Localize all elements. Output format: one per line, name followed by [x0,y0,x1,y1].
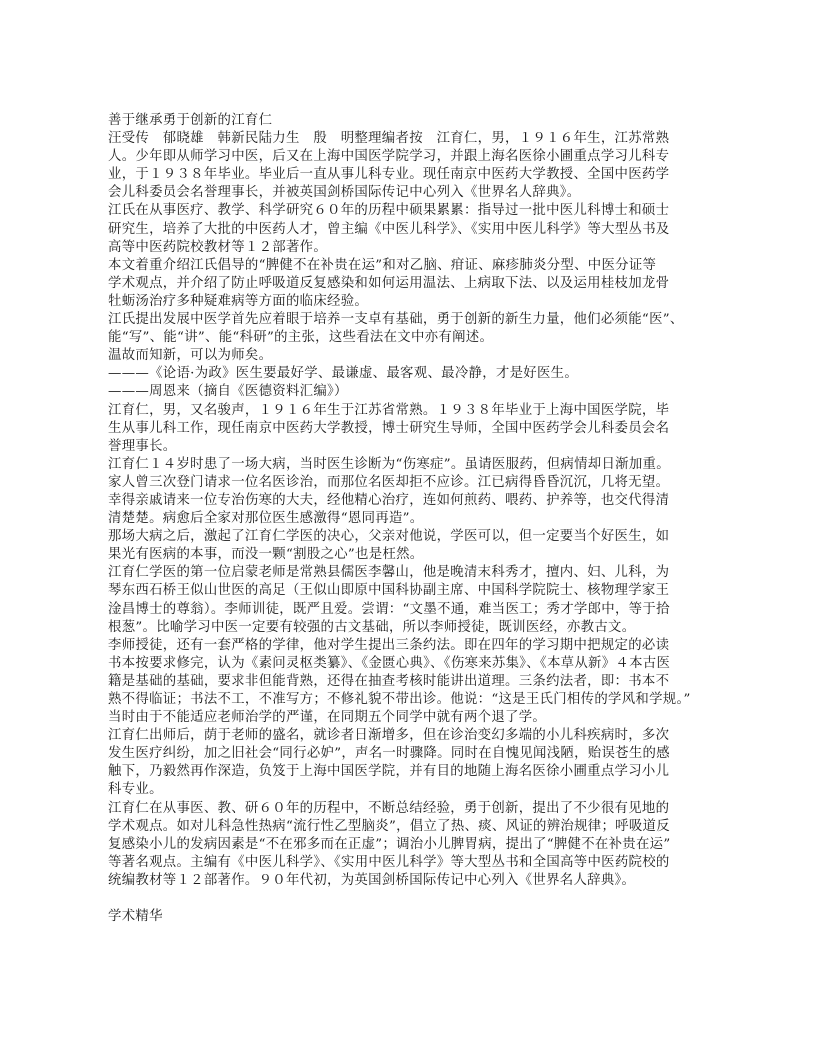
paragraph-line: 淦昌博士的尊翁）。李师训徒，既严且爱。尝谓：“文墨不通，难当医工；秀才学郎中，等… [108,601,718,619]
paragraph-line: 触下，乃毅然再作深造，负笈于上海中国医学院，并有目的地随上海名医徐小圃重点学习小… [108,763,718,781]
paragraph-line: 研究生，培养了大批的中医药人才，曾主编《中医儿科学》、《实用中医儿科学》等大型丛… [108,221,718,239]
paragraph-line: 等著名观点。主编有《中医儿科学》、《实用中医儿科学》等大型丛书和全国高等中医药院… [108,854,718,872]
paragraph-line: 汪受传 郁晓雄 韩新民陆力生 殷 明整理编者按 江育仁，男，１９１６年生，江苏常… [108,130,718,148]
paragraph-line: 人。少年即从师学习中医，后又在上海中国医学院学习，并跟上海名医徐小圃重点学习儿科… [108,148,718,166]
paragraph-line: 江氏提出发展中医学首先应着眼于培养一支卓有基础，勇于创新的新生力量，他们必须能“… [108,311,718,329]
paragraph-line: 江育仁１４岁时患了一场大病，当时医生诊断为“伤寒症”。虽请医服药，但病情却日渐加… [108,456,718,474]
paragraph-contributions: 江育仁在从事医、教、研６０年的历程中，不断总结经验，勇于创新，提出了不少很有见地… [108,800,718,890]
paragraph-line: 江育仁出师后，荫于老师的盛名，就诊者日渐增多，但在诊治变幻多端的小儿科疾病时，多… [108,727,718,745]
paragraph-line: 李师授徒，还有一套严格的学律，他对学生提出三条约法。即在四年的学习期中把规定的必… [108,637,718,655]
paragraph-line: 发生医疗纠纷，加之旧社会“同行必妒”，声名一时骤降。同时在自愧见闻浅陋，贻误苍生… [108,745,718,763]
paragraph-line: 学术观点，并介绍了防止呼吸道反复感染和如何运用温法、上病取下法、以及运用桂枝加龙… [108,275,718,293]
paragraph-line: 籍是基础的基础，要求非但能背熟，还得在抽查考核时能讲出道理。三条约法者，即：书本… [108,673,718,691]
paragraph-line: ———《论语·为政》医生要最好学、最谦虚、最客观、最冷静，才是好医生。 [108,365,718,383]
paragraph-line: 高等中医药院校教材等１２部著作。 [108,239,718,257]
document-page: 善于继承勇于创新的江育仁 汪受传 郁晓雄 韩新民陆力生 殷 明整理编者按 江育仁… [108,112,718,926]
paragraph-line: 根葱”。比喻学习中医一定要有较强的古文基础，所以李师授徒，既训医经，亦教古文。 [108,619,718,637]
paragraph-line: 本文着重介绍江氏倡导的“脾健不在补贵在运”和对乙脑、疳证、麻疹肺炎分型、中医分证… [108,257,718,275]
paragraph-line: 家人曾三次登门请求一位名医诊治，而那位名医却拒不应诊。江已病得昏昏沉沉，几将无望… [108,474,718,492]
paragraph-line: 江育仁，男，又名骏声，１９１６年生于江苏省常熟。１９３８年毕业于上海中国医学院，… [108,402,718,420]
paragraph-line: 幸得亲戚请来一位专治伤寒的大夫，经他精心治疗，连如何煎药、喂药、护养等，也交代得… [108,492,718,510]
paragraph-line: 能“写”、能“讲”、能“科研”的主张，这些看法在文中亦有阐述。 [108,329,718,347]
paragraph-line: 琴东西石桥王似山世医的高足（王似山即原中国科协副主席、中国科学院院士、核物理学家… [108,582,718,600]
paragraph-line: 复感染小儿的发病因素是“不在邪多而在正虚”；调治小儿脾胃病，提出了“脾健不在补贵… [108,836,718,854]
paragraph-line: 统编教材等１２部著作。９０年代初，为英国剑桥国际传记中心列入《世界名人辞典》。 [108,872,718,890]
paragraph-line: 清楚楚。病愈后全家对那位医生感激得“恩同再造”。 [108,510,718,528]
paragraph-further-study: 江育仁出师后，荫于老师的盛名，就诊者日渐增多，但在诊治变幻多端的小儿科疾病时，多… [108,727,718,799]
paragraph-rules: 李师授徒，还有一套严格的学律，他对学生提出三条约法。即在四年的学习期中把规定的必… [108,637,718,727]
paragraph-line: 会儿科委员会名誉理事长，并被英国剑桥国际传记中心列入《世界名人辞典》。 [108,184,718,202]
paragraph-line: 温故而知新，可以为师矣。 [108,347,718,365]
paragraph-line: 熟不得临证；书法不工，不准写方；不修礼貌不带出诊。他说：“这是王氏门相传的学风和… [108,691,718,709]
paragraph-line: 科专业。 [108,781,718,799]
paragraph-quote1: 温故而知新，可以为师矣。 [108,347,718,365]
paragraph-illness: 江育仁１４岁时患了一场大病，当时医生诊断为“伤寒症”。虽请医服药，但病情却日渐加… [108,456,718,528]
paragraph-line: 学术观点。如对儿科急性热病“流行性乙型脑炎”，倡立了热、痰、风证的辨治规律；呼吸… [108,818,718,836]
paragraph-line: ———周恩来（摘自《医德资料汇编》） [108,383,718,401]
paragraph-line: 江育仁在从事医、教、研６０年的历程中，不断总结经验，勇于创新，提出了不少很有见地… [108,800,718,818]
paragraph-line: 业，于１９３８年毕业。毕业后一直从事儿科专业。现任南京中医药大学教授、全国中医药… [108,166,718,184]
document-title: 善于继承勇于创新的江育仁 [108,112,718,130]
section-heading: 学术精华 [108,908,718,926]
paragraph-intro: 汪受传 郁晓雄 韩新民陆力生 殷 明整理编者按 江育仁，男，１９１６年生，江苏常… [108,130,718,202]
paragraph-bio: 江育仁，男，又名骏声，１９１６年生于江苏省常熟。１９３８年毕业于上海中国医学院，… [108,402,718,456]
paragraph-achievements: 江氏在从事医疗、教学、科学研究６０年的历程中硕果累累：指导过一批中医儿科博士和硕… [108,202,718,256]
paragraph-vision: 江氏提出发展中医学首先应着眼于培养一支卓有基础，勇于创新的新生力量，他们必须能“… [108,311,718,347]
paragraph-line: 誉理事长。 [108,438,718,456]
paragraph-line: 江氏在从事医疗、教学、科学研究６０年的历程中硕果累累：指导过一批中医儿科博士和硕… [108,202,718,220]
paragraph-line: 那场大病之后，激起了江育仁学医的决心，父亲对他说，学医可以，但一定要当个好医生，… [108,528,718,546]
paragraph-line: 书本按要求修完，认为《素问灵枢类纂》、《金匮心典》、《伤寒来苏集》、《本草从新》… [108,655,718,673]
spacer [108,890,718,908]
paragraph-teacher: 江育仁学医的第一位启蒙老师是常熟县儒医李馨山，他是晚清末科秀才，擅内、妇、儿科，… [108,564,718,636]
paragraph-line: 牡蛎汤治疗多种疑难病等方面的临床经验。 [108,293,718,311]
paragraph-line: 生从事儿科工作，现任南京中医药大学教授，博士研究生导师，全国中医药学会儿科委员会… [108,420,718,438]
paragraph-quote1-source: ———《论语·为政》医生要最好学、最谦虚、最客观、最冷静，才是好医生。 [108,365,718,383]
paragraph-line: 果光有医病的本事，而没一颗“割股之心”也是枉然。 [108,546,718,564]
paragraph-line: 江育仁学医的第一位启蒙老师是常熟县儒医李馨山，他是晚清末科秀才，擅内、妇、儿科，… [108,564,718,582]
paragraph-line: 当时由于不能适应老师治学的严谨，在同期五个同学中就有两个退了学。 [108,709,718,727]
paragraph-quote2-source: ———周恩来（摘自《医德资料汇编》） [108,383,718,401]
paragraph-resolve: 那场大病之后，激起了江育仁学医的决心，父亲对他说，学医可以，但一定要当个好医生，… [108,528,718,564]
paragraph-focus: 本文着重介绍江氏倡导的“脾健不在补贵在运”和对乙脑、疳证、麻疹肺炎分型、中医分证… [108,257,718,311]
document-body: 汪受传 郁晓雄 韩新民陆力生 殷 明整理编者按 江育仁，男，１９１６年生，江苏常… [108,130,718,890]
